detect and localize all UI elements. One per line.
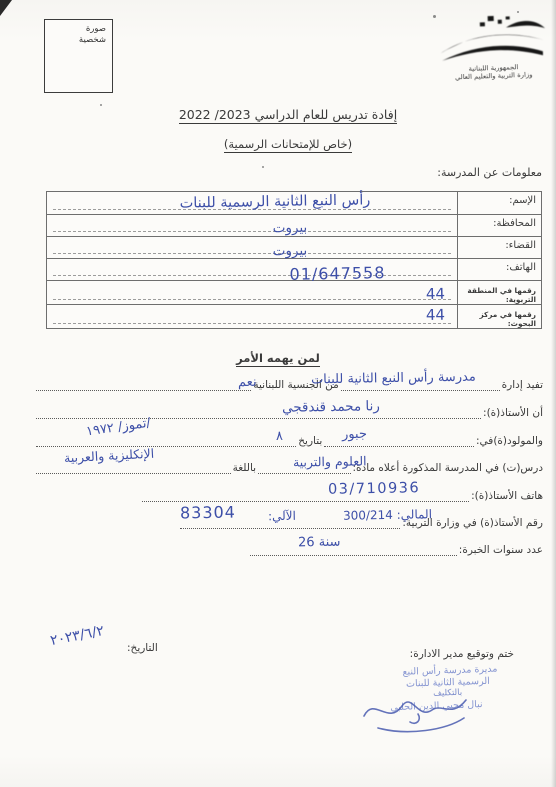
handwritten-administration-school: مدرسة رأس النبع الثانية للبنات [311,370,476,388]
writing-guide-line [53,323,451,324]
scanned-teaching-certificate-page: صورة شخصية الجمهورية اللبنانية وزارة الت… [0,0,556,787]
statement-heading-text: لمن يهمه الأمر [236,351,320,367]
dotted-blank [36,378,251,391]
date-label: التاريخ: [127,642,158,654]
handwritten-auto-number-label: الآلي: [268,509,296,523]
director-signature-scrawl [358,690,473,738]
handwritten-date: ٢٠٢٣/٦/٢ [49,623,106,649]
line2-label: أن الأستاذ(ة): [483,406,543,421]
document-title: إفادة تدريس للعام الدراسي 2023/ 2022 [20,107,556,122]
handwritten-subject: العلوم والتربية [293,453,367,469]
row-value-cell-district-number [47,280,457,304]
dotted-blank [36,434,296,447]
photo-box-label-line2: شخصية [45,35,106,46]
handwritten-teacher-phone: 03/710936 [328,480,420,498]
document-subtitle-text: (خاص للإمتحانات الرسمية) [224,137,352,153]
scan-speck [262,166,264,168]
line7-label: عدد سنوات الخبرة: [459,543,543,558]
document-title-text: إفادة تدريس للعام الدراسي 2023/ 2022 [179,107,397,124]
line3-label: والمولود(ة)في: [476,434,543,449]
dotted-blank [36,406,481,419]
school-info-table: الإسم: المحافظة: القضاء: الهاتف: رقمها ف… [46,191,542,329]
handwritten-research-number: 44 [405,306,445,325]
handwritten-auto-number: 83304 [180,503,236,523]
row-value-cell-research-number [47,304,457,328]
handwritten-teacher-name: رنا محمد قندقجي [282,398,380,416]
row-label-name: الإسم: [457,192,541,214]
statement-heading: لمن يهمه الأمر [0,351,556,365]
scan-speck [100,104,102,106]
line4-label: درس(ت) في المدرسة المذكورة أعلاه مادة: [353,461,543,476]
scan-corner-artifact [0,0,12,16]
handwritten-birth-day: ٨ [276,429,283,444]
row-label-district-number: رقمها في المنطقة التربوية: [457,280,541,304]
statement-line-4: درس(ت) في المدرسة المذكورة أعلاه مادة: ب… [34,461,543,476]
line3-date-label: بتاريخ [298,434,322,449]
line5-label: هاتف الأستاذ(ة): [471,489,543,504]
dotted-blank [250,543,457,556]
line4-language-label: باللغة [233,461,257,476]
handwritten-governorate: بيروت [240,219,340,237]
statement-line-3: والمولود(ة)في: بتاريخ [34,434,543,449]
handwritten-experience-years: 26 سنة [298,535,341,551]
row-label-phone: الهاتف: [457,258,541,280]
handwritten-district: بيروت [240,242,340,260]
row-label-governorate: المحافظة: [457,214,541,236]
photo-box-label-line1: صورة [45,24,106,35]
school-info-heading: معلومات عن المدرسة: [437,166,542,179]
handwritten-financial-number: المالي: 300/214 [343,507,432,523]
row-value-cell-phone [47,258,457,280]
writing-guide-line [53,299,451,300]
handwritten-school-phone: 01/647558 [280,263,395,284]
stamp-signature-label: ختم وتوقيع مدير الادارة: [410,648,514,660]
document-subtitle: (خاص للإمتحانات الرسمية) [20,137,556,151]
row-label-research-number: رقمها في مركز البحوث: [457,304,541,328]
handwritten-birthplace: جبور [342,427,367,442]
personal-photo-placeholder: صورة شخصية [44,19,113,93]
row-label-district: القضاء: [457,236,541,258]
line1-prefix: تفيد إدارة [502,378,543,393]
open-book-cedar-icon [436,12,550,66]
handwritten-district-number: 44 [405,285,445,304]
ministry-emblem: الجمهورية اللبنانية وزارة التربية والتعل… [436,12,551,100]
handwritten-nationality-answer: نعم [238,375,257,390]
statement-line-7: عدد سنوات الخبرة: [248,543,543,558]
